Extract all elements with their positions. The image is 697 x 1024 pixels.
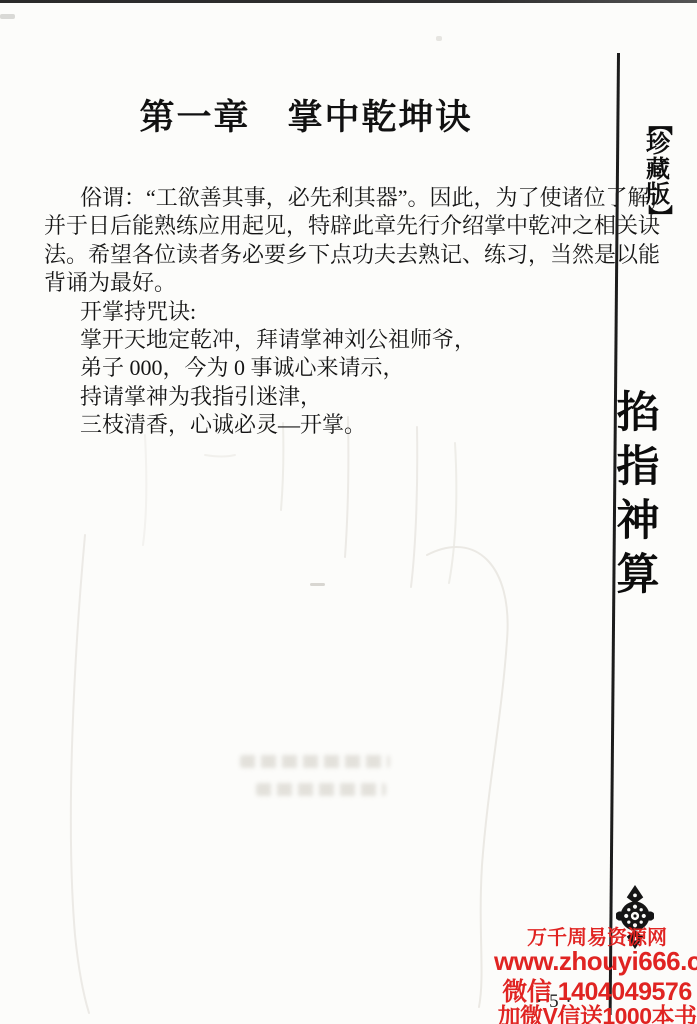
chapter-title: 第一章 掌中乾坤诀	[0, 90, 612, 140]
body-text-block: 俗谓：“工欲善其事，必先利其器”。因此，为了使诸位了解， 并于日后能熟练应用起见…	[44, 184, 606, 440]
palm-watermark-image	[55, 415, 525, 1015]
chant-line: 三枝清香，心诚必灵—开掌。	[44, 411, 606, 439]
book-title-char: 神	[617, 500, 660, 543]
paragraph-line: 俗谓：“工欲善其事，必先利其器”。因此，为了使诸位了解，	[44, 184, 606, 212]
scan-noise-speck	[0, 14, 15, 19]
page-top-border	[0, 0, 697, 3]
book-title-char: 指	[617, 446, 660, 489]
scan-noise-speck	[310, 583, 325, 586]
watermark-url: www.zhouyi666.com	[494, 948, 697, 975]
book-title-vertical: 掐 指 神 算	[615, 392, 661, 597]
watermark-promo-text: 加微V信送1000本书	[494, 1004, 697, 1024]
chant-heading-line: 开掌持咒诀:	[44, 298, 606, 326]
bleedthrough-text-line	[256, 783, 386, 796]
bracket-bottom-icon: 】	[648, 205, 667, 229]
page-number: · 5 ·	[536, 991, 573, 1013]
chant-line: 掌开天地定乾冲，拜请掌神刘公祖师爷，	[44, 326, 606, 354]
edition-char: 珍	[646, 133, 670, 158]
chant-line: 弟子 000，今为 0 事诚心来请示，	[44, 354, 606, 382]
edition-badge: 【 珍 藏 版 】	[643, 114, 673, 227]
scanned-book-page: 第一章 掌中乾坤诀 俗谓：“工欲善其事，必先利其器”。因此，为了使诸位了解， 并…	[0, 0, 697, 1024]
paragraph-line: 并于日后能熟练应用起见，特辟此章先行介绍掌中乾冲之相关诀	[44, 212, 606, 240]
book-title-char: 掐	[617, 392, 660, 435]
watermark-wechat-id: 微信 1404049576	[494, 979, 697, 1005]
paragraph-line: 背诵为最好。	[44, 269, 606, 297]
chant-line: 持请掌神为我指引迷津，	[44, 383, 606, 411]
edition-char: 藏	[646, 158, 670, 183]
book-title-char: 算	[617, 554, 660, 597]
bleedthrough-text-line	[240, 755, 390, 768]
bracket-top-icon: 【	[648, 112, 667, 136]
paragraph-line: 法。希望各位读者务必要乡下点功夫去熟记、练习，当然是以能	[44, 241, 606, 269]
scan-noise-speck	[436, 36, 442, 41]
